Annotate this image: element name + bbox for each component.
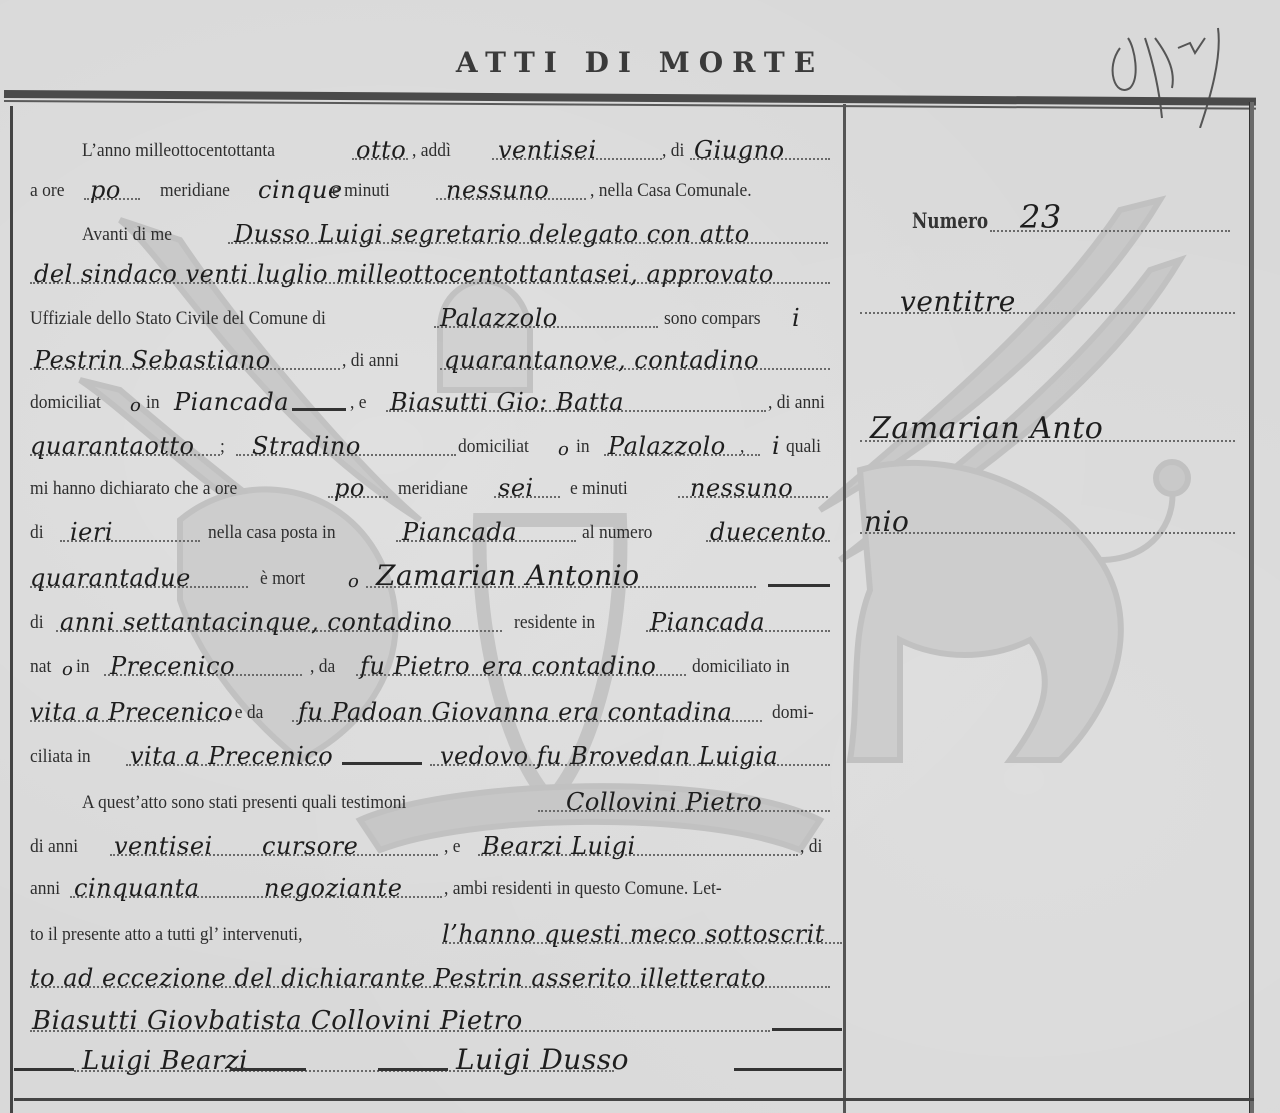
printed-text: al numero xyxy=(582,522,652,544)
handwritten-month: Giugno xyxy=(694,136,785,164)
printed-text: domi- xyxy=(772,702,814,724)
record-line: di ieri nella casa posta in Piancada al … xyxy=(30,510,830,550)
register-number-value: 23 xyxy=(1020,198,1062,236)
register-number-words: ventitre xyxy=(900,285,1016,318)
printed-text: , da xyxy=(310,656,335,678)
printed-text: Uffiziale dello Stato Civile del Comune … xyxy=(30,308,326,330)
handwritten-closing: to ad eccezione del dichiarante Pestrin … xyxy=(30,964,766,992)
signature-line: Biasutti Giovbatista Collovini Pietro xyxy=(30,1000,830,1040)
handwritten-widower-of: vedovo fu Brovedan Luigia xyxy=(440,742,778,770)
printed-text: meridiane xyxy=(160,180,230,202)
handwritten-hour: cinque xyxy=(258,176,343,204)
record-line: nat o in Precenico , da fu Pietro era co… xyxy=(30,644,830,684)
handwritten-year: otto xyxy=(356,136,406,164)
record-line: di anni ventisei cursore , e Bearzi Luig… xyxy=(30,824,830,864)
handwritten-delegation: del sindaco venti luglio milleottocentot… xyxy=(34,260,774,288)
signature-dusso: Luigi Dusso xyxy=(456,1043,629,1076)
record-line: ciliata in vita a Precenico vedovo fu Br… xyxy=(30,734,830,774)
printed-text: in xyxy=(146,392,160,414)
printed-text: domiciliat xyxy=(30,392,101,414)
printed-text: di xyxy=(30,612,44,634)
margin-deceased-name: Zamarian Anto xyxy=(870,411,1103,446)
printed-text: di xyxy=(30,522,44,544)
handwritten-day: ventisei xyxy=(498,136,597,164)
handwritten-mother-place: vita a Precenico xyxy=(130,742,333,770)
handwritten-witness-2: Bearzi Luigi xyxy=(482,832,636,860)
printed-text: domiciliat xyxy=(458,436,529,458)
record-line: a ore po meridiane cinque e minuti nessu… xyxy=(30,168,830,208)
printed-text: , ambi residenti in questo Comune. Let- xyxy=(444,878,722,900)
register-number-line: 23 xyxy=(860,200,1235,240)
handwritten-age-occupation: quarantanove, contadino xyxy=(444,346,759,374)
handwritten-age-occupation: anni settantacinque, contadino xyxy=(60,608,452,636)
handwritten-witness-2-age: cinquanta xyxy=(74,874,200,902)
margin-deceased-name-cont: nio xyxy=(864,505,909,538)
handwritten-place: Palazzolo xyxy=(608,432,726,460)
handwritten-suffix: i xyxy=(792,304,800,332)
record-line: quarantadue è mort o Zamarian Antonio xyxy=(30,556,830,596)
printed-text: Avanti di me xyxy=(82,224,172,246)
signature-bearzi: Luigi Bearzi xyxy=(82,1046,248,1076)
handwritten-i: i xyxy=(772,432,780,460)
handwritten-declarant-2: Biasutti Gio: Batta xyxy=(390,388,624,416)
handwritten-closing: l’hanno questi meco sottoscrit xyxy=(442,920,825,948)
handwritten-deceased-name: Zamarian Antonio xyxy=(376,559,640,592)
handwritten-officer: Dusso Luigi segretario delegato con atto xyxy=(234,220,750,248)
handwritten-witness-1-age: ventisei xyxy=(114,832,213,860)
handwritten-suffix: o xyxy=(130,395,141,416)
handwritten-hour-period: po xyxy=(90,176,121,204)
record-line: Pestrin Sebastiano , di anni quarantanov… xyxy=(30,338,830,378)
printed-text: , e xyxy=(350,392,367,414)
handwritten-suffix: o xyxy=(62,659,73,680)
printed-text: , nella Casa Comunale. xyxy=(590,180,752,202)
record-line: A quest’atto sono stati presenti quali t… xyxy=(30,780,830,820)
record-line: del sindaco venti luglio milleottocentot… xyxy=(30,252,830,292)
record-line: mi hanno dichiarato che a ore po meridia… xyxy=(30,466,830,506)
printed-text: sono compars xyxy=(664,308,761,330)
signature-line: Luigi Bearzi Luigi Dusso xyxy=(30,1040,830,1080)
record-line: vita a Precenico , e da fu Padoan Giovan… xyxy=(30,690,830,730)
printed-text: di anni xyxy=(30,836,78,858)
handwritten-father-occupation: era contadino xyxy=(482,652,656,680)
handwritten-mother: fu Padoan Giovanna era contadina xyxy=(298,698,732,726)
record-line: di anni settantacinque, contadino reside… xyxy=(30,600,830,640)
handwritten-place: Piancada xyxy=(402,518,517,546)
printed-text: mi hanno dichiarato che a ore xyxy=(30,478,237,500)
printed-text: quali xyxy=(786,436,821,458)
handwritten-hour: sei xyxy=(498,474,534,502)
printed-text: to il presente atto a tutti gl’ interven… xyxy=(30,924,302,946)
handwritten-minutes: nessuno xyxy=(446,176,549,204)
handwritten-house-number: duecento xyxy=(710,518,826,546)
printed-text: , xyxy=(740,436,744,458)
printed-text: , e xyxy=(444,836,461,858)
handwritten-occupation: Stradino xyxy=(252,432,361,460)
left-border xyxy=(10,106,13,1113)
record-line: to il presente atto a tutti gl’ interven… xyxy=(30,912,830,952)
handwritten-witness-1-occupation: cursore xyxy=(262,832,358,860)
document-title: ATTI DI MORTE xyxy=(0,46,1280,79)
printed-text: e minuti xyxy=(570,478,628,500)
handwritten-witness-1: Collovini Pietro xyxy=(566,788,762,816)
printed-text: ciliata in xyxy=(30,746,91,768)
printed-text: meridiane xyxy=(398,478,468,500)
handwritten-father: fu Pietro xyxy=(360,652,470,680)
record-line: Uffiziale dello Stato Civile del Comune … xyxy=(30,296,830,336)
printed-text: , di xyxy=(662,140,684,162)
handwritten-declarant-1: Pestrin Sebastiano xyxy=(34,346,271,374)
record-line: L’anno milleottocentottanta otto , addì … xyxy=(30,128,830,168)
printed-text: nella casa posta in xyxy=(208,522,336,544)
printed-text: L’anno milleottocentottanta xyxy=(82,140,275,162)
handwritten-suffix: o xyxy=(348,571,359,592)
printed-text: residente in xyxy=(514,612,595,634)
handwritten-age: quarantaotto xyxy=(30,432,195,460)
handwritten-suffix: o xyxy=(558,439,569,460)
printed-text: in xyxy=(576,436,590,458)
printed-text: e minuti xyxy=(332,180,390,202)
record-line: domiciliat o in Piancada , e Biasutti Gi… xyxy=(30,380,830,420)
printed-text: anni xyxy=(30,878,60,900)
signatures-witnesses: Biasutti Giovbatista Collovini Pietro xyxy=(32,1006,523,1036)
printed-text: nat xyxy=(30,656,51,678)
printed-text: ; xyxy=(220,436,225,458)
handwritten-father-place: vita a Precenico xyxy=(30,698,233,726)
handwritten-day: ieri xyxy=(70,518,113,546)
printed-text: in xyxy=(76,656,90,678)
record-line: Avanti di me Dusso Luigi segretario dele… xyxy=(30,212,830,252)
record-line: quarantaotto ; Stradino domiciliat o in … xyxy=(30,424,830,464)
printed-text: domiciliato in xyxy=(692,656,790,678)
record-line: anni cinquanta negoziante , ambi residen… xyxy=(30,866,830,906)
margin-name-line: nio xyxy=(860,502,1235,542)
right-border xyxy=(1249,102,1254,1113)
handwritten-residence: Piancada xyxy=(650,608,765,636)
printed-text: , di anni xyxy=(342,350,399,372)
record-line: to ad eccezione del dichiarante Pestrin … xyxy=(30,956,860,996)
corner-signature-icon xyxy=(1100,8,1230,128)
handwritten-hour-period: po xyxy=(334,474,365,502)
printed-text: è mort xyxy=(260,568,305,590)
handwritten-place: Piancada xyxy=(174,388,289,416)
printed-text: , e da xyxy=(226,702,263,724)
handwritten-birthplace: Precenico xyxy=(110,652,235,680)
handwritten-witness-2-occupation: negoziante xyxy=(264,874,402,902)
register-number-words-line: ventitre xyxy=(860,282,1235,322)
bottom-rule xyxy=(14,1098,1254,1101)
handwritten-house-number: quarantadue xyxy=(30,564,191,592)
handwritten-minutes: nessuno xyxy=(690,474,793,502)
printed-text: , di anni xyxy=(768,392,825,414)
handwritten-comune: Palazzolo xyxy=(440,304,558,332)
printed-text: a ore xyxy=(30,180,64,202)
printed-text: A quest’atto sono stati presenti quali t… xyxy=(82,792,406,814)
printed-text: , addì xyxy=(412,140,451,162)
margin-name-line: Zamarian Anto xyxy=(860,410,1235,450)
printed-text: , di xyxy=(800,836,822,858)
